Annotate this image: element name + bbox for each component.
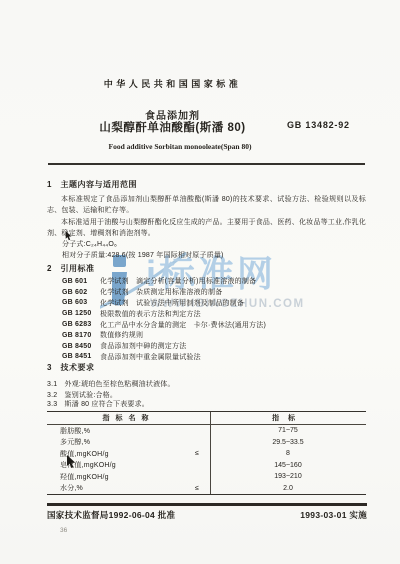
national-standard-heading: 中华人民共和国国家标准: [0, 77, 345, 90]
reference-item: GB 6283 化工产品中水分含量的测定 卡尔·费休法(通用方法): [62, 319, 266, 330]
reference-code: GB 6283: [62, 321, 100, 328]
table-row: 脂肪酸,% 71~75: [47, 425, 366, 437]
cursor-icon: [65, 231, 72, 241]
title-divider: [48, 163, 365, 165]
effective-note: 1993-03-01 实施: [300, 509, 367, 521]
footer-divider: [47, 503, 367, 506]
reference-title: 食品添加剂中砷的测定方法: [100, 341, 186, 351]
reference-title: 化学试剂 试验方法中所用制剂及制品的制备: [100, 298, 244, 308]
table-header-value: 指标: [210, 413, 366, 423]
spec-value: 2.0: [210, 485, 366, 492]
reference-code: GB 603: [62, 299, 100, 306]
standard-number: GB 13482-92: [287, 120, 350, 130]
table-header-name: 指标名称: [47, 413, 210, 423]
reference-code: GB 8170: [62, 332, 100, 339]
section-3-heading: 3 技术要求: [47, 362, 94, 373]
page-number: 36: [60, 527, 67, 534]
table-row: 皂化值,mgKOH/g 145~160: [47, 460, 366, 472]
spec-name: 水分,%: [47, 483, 195, 493]
reference-code: GB 1250: [62, 310, 100, 317]
requirement-3-3: 3.3 斯潘 80 应符合下表要求。: [47, 399, 149, 409]
reference-item: GB 1250 极限数值的表示方法和判定方法: [62, 308, 266, 319]
reference-list: GB 601 化学试剂 滴定分析(容量分析)用标准溶液的制备 GB 602 化学…: [62, 276, 266, 362]
section-2-heading: 2 引用标准: [47, 263, 94, 274]
reference-title: 极限数值的表示方法和判定方法: [100, 309, 201, 319]
spec-relation: ≤: [195, 485, 210, 492]
reference-item: GB 8451 食品添加剂中重金属限量试验法: [62, 352, 266, 363]
reference-code: GB 8451: [62, 353, 100, 360]
reference-item: GB 8450 食品添加剂中砷的测定方法: [62, 341, 266, 352]
cursor-icon: [66, 455, 76, 469]
reference-item: GB 603 化学试剂 试验方法中所用制剂及制品的制备: [62, 298, 266, 309]
reference-title: 食品添加剂中重金属限量试验法: [100, 352, 201, 362]
spec-value: 29.5~33.5: [210, 439, 366, 446]
reference-item: GB 8170 数值修约规则: [62, 330, 266, 341]
spec-value: 71~75: [210, 427, 366, 434]
reference-title: 化学试剂 杂质测定用标准溶液的制备: [100, 287, 222, 297]
spec-relation: ≤: [195, 450, 210, 457]
reference-title: 化学试剂 滴定分析(容量分析)用标准溶液的制备: [100, 276, 256, 286]
reference-title: 化工产品中水分含量的测定 卡尔·费休法(通用方法): [100, 320, 266, 330]
spec-name: 羟值,mgKOH/g: [47, 472, 195, 482]
reference-item: GB 601 化学试剂 滴定分析(容量分析)用标准溶液的制备: [62, 276, 266, 287]
table-row: 多元醇,% 29.5~33.5: [47, 437, 366, 449]
english-title: Food additive Sorbitan monooleate(Span 8…: [0, 142, 360, 151]
molecular-mass: 相对分子质量:428.6(按 1987 年国际相对原子质量): [62, 250, 224, 260]
scanned-standard-page: i标准网 WWW.IBIAOZHUN.COM 中华人民共和国国家标准 食品添加剂…: [0, 0, 400, 564]
spec-value: 193~210: [210, 473, 366, 480]
reference-item: GB 602 化学试剂 杂质测定用标准溶液的制备: [62, 287, 266, 298]
table-row: 水分,% ≤ 2.0: [47, 483, 366, 495]
scope-paragraph-1: 本标准规定了食品添加剂山梨醇酐单油酸酯(斯潘 80)的技术要求、试验方法、检验规…: [47, 194, 366, 217]
requirement-3-1: 3.1 外观:琥珀色至棕色粘稠油状液体。: [47, 379, 175, 389]
table-row: 羟值,mgKOH/g 193~210: [47, 471, 366, 483]
reference-code: GB 602: [62, 289, 100, 296]
column-divider: [210, 412, 211, 494]
spec-value: 8: [210, 450, 366, 457]
reference-code: GB 8450: [62, 343, 100, 350]
approval-note: 国家技术监督局1992-06-04 批准: [47, 509, 175, 521]
section-1-heading: 1 主题内容与适用范围: [47, 179, 137, 190]
scope-paragraph-2: 本标准适用于油酸与山梨醇酐酯化反应生成的产品。主要用于食品、医药、化妆品等工业,…: [47, 217, 366, 240]
table-row: 酸值,mgKOH/g ≤ 8: [47, 448, 366, 460]
spec-name: 多元醇,%: [47, 437, 195, 447]
reference-title: 数值修约规则: [100, 330, 143, 340]
spec-value: 145~160: [210, 462, 366, 469]
spec-name: 脂肪酸,%: [47, 426, 195, 436]
table-header-row: 指标名称 指标: [47, 412, 366, 425]
spec-table: 指标名称 指标 脂肪酸,% 71~75 多元醇,% 29.5~33.5 酸值,m…: [47, 411, 366, 495]
reference-code: GB 601: [62, 278, 100, 285]
